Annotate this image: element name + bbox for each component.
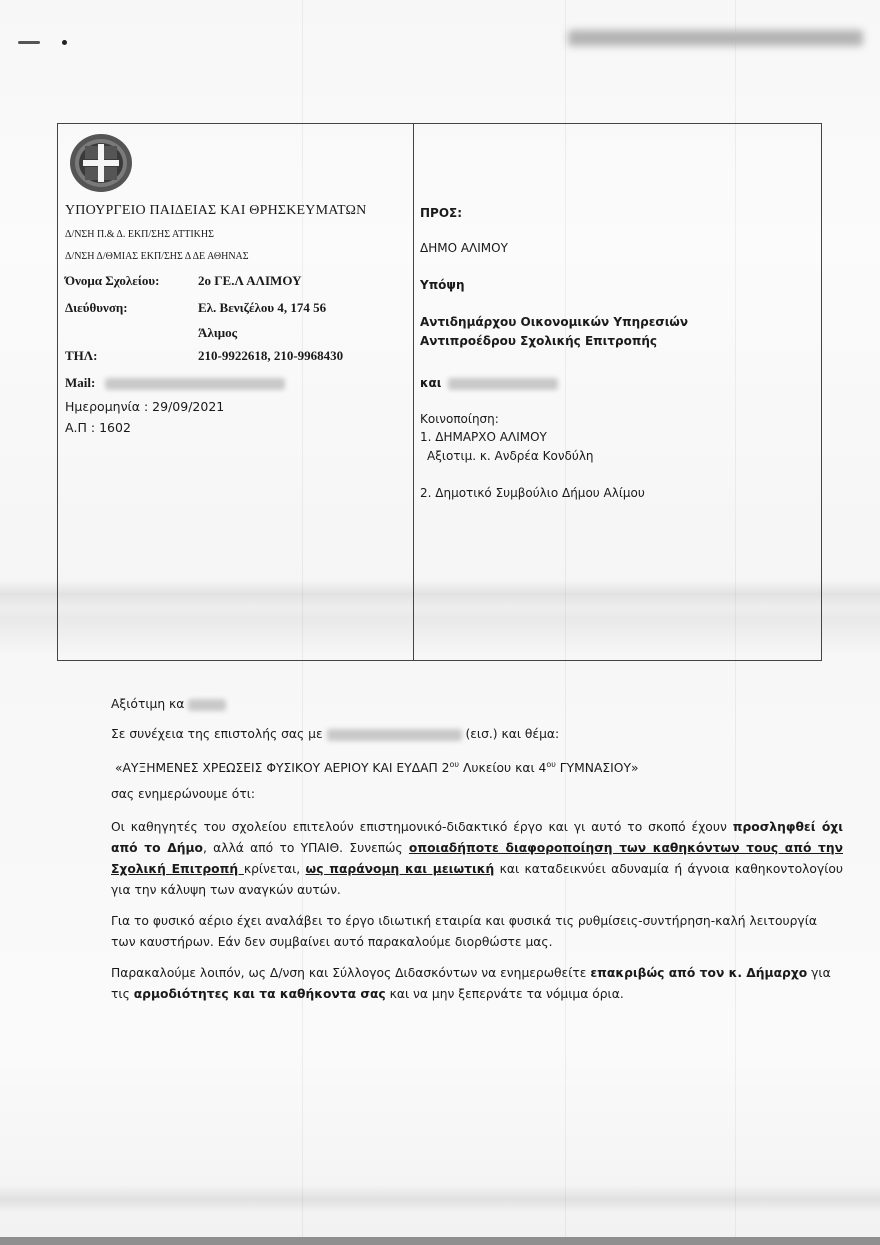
inform-line: σας ενημερώνουμε ότι:	[111, 784, 843, 817]
letterhead-box: ΥΠΟΥΡΓΕΙΟ ΠΑΙΔΕΙΑΣ ΚΑΙ ΘΡΗΣΚΕΥΜΑΤΩΝ Δ/ΝΣ…	[57, 123, 822, 661]
paragraph-2: Για το φυσικό αέριο έχει αναλάβει το έργ…	[111, 911, 843, 953]
directorate-2: Δ/ΝΣΗ Δ/ΘΜΙΑΣ ΕΚΠ/ΣΗΣ Δ ΔΕ ΑΘΗΝΑΣ	[65, 251, 249, 262]
salutation-text: Αξιότιμη κα	[111, 697, 184, 711]
directorate-1: Δ/ΝΣΗ Π.& Δ. ΕΚΠ/ΣΗΣ ΑΤΤΙΚΗΣ	[65, 229, 214, 240]
p3-text: Παρακαλούμε λοιπόν, ως Δ/νση και Σύλλογο…	[111, 966, 590, 980]
subject-sup: ου	[450, 760, 460, 769]
protocol-line: Α.Π : 1602	[65, 420, 131, 435]
paper-fold	[0, 1185, 880, 1213]
and-line: και	[420, 376, 558, 390]
redacted-reference	[327, 729, 462, 741]
address-line2: Άλιμος	[198, 325, 237, 341]
scanner-edge	[0, 1237, 880, 1245]
p1-text: Οι καθηγητές του σχολείου επιτελούν επισ…	[111, 820, 733, 834]
cc-item-1: 1. ΔΗΜΑΡΧΟ ΑΛΙΜΟΥ	[420, 430, 547, 444]
letter-body: Αξιότιμη κα Σε συνέχεια της επιστολής σα…	[111, 694, 843, 1005]
phone-value: 210-9922618, 210-9968430	[198, 348, 343, 364]
subject-line: «ΑΥΞΗΜΕΝΕΣ ΧΡΕΩΣΕΙΣ ΦΥΣΙΚΟΥ ΑΕΡΙΟΥ ΚΑΙ Ε…	[111, 754, 843, 784]
and-label: και	[420, 376, 441, 390]
cc-item-1-sub: Αξιοτιμ. κ. Ανδρέα Κονδύλη	[427, 449, 594, 463]
p1-text: κρίνεται,	[244, 862, 306, 876]
redacted-email	[105, 378, 285, 390]
p1-underlined: ως παράνομη και μειωτική	[306, 862, 495, 876]
cc-item-2: 2. Δημοτικό Συμβούλιο Δήμου Αλίμου	[420, 486, 645, 500]
school-label: Όνομα Σχολείου:	[65, 273, 159, 289]
greek-emblem-icon	[68, 132, 134, 194]
attention-line2: Αντιπροέδρου Σχολικής Επιτροπής	[420, 334, 657, 348]
attention-line1: Αντιδημάρχου Οικονομικών Υπηρεσιών	[420, 315, 688, 329]
subject-part: Λυκείου και 4	[459, 761, 546, 775]
intro-line: Σε συνέχεια της επιστολής σας με (εισ.) …	[111, 724, 843, 754]
intro-prefix: Σε συνέχεια της επιστολής σας με	[111, 727, 323, 741]
column-divider	[413, 124, 414, 660]
subject-part: «ΑΥΞΗΜΕΝΕΣ ΧΡΕΩΣΕΙΣ ΦΥΣΙΚΟΥ ΑΕΡΙΟΥ ΚΑΙ Ε…	[115, 761, 450, 775]
mail-label-text: Mail:	[65, 375, 95, 390]
p3-text: και να μην ξεπερνάτε τα νόμιμα όρια.	[386, 987, 624, 1001]
subject-part: ΓΥΜΝΑΣΙΟΥ»	[556, 761, 639, 775]
p3-bold: επακριβώς από τον κ. Δήμαρχο	[590, 966, 807, 980]
date-line: Ημερομηνία : 29/09/2021	[65, 399, 224, 414]
mail-label: Mail:	[65, 375, 285, 391]
to-value: ΔΗΜΟ ΑΛΙΜΟΥ	[420, 241, 508, 255]
redacted-name	[448, 378, 558, 390]
scanned-page: ΥΠΟΥΡΓΕΙΟ ΠΑΙΔΕΙΑΣ ΚΑΙ ΘΡΗΣΚΕΥΜΑΤΩΝ Δ/ΝΣ…	[0, 0, 880, 1237]
ministry-name: ΥΠΟΥΡΓΕΙΟ ΠΑΙΔΕΙΑΣ ΚΑΙ ΘΡΗΣΚΕΥΜΑΤΩΝ	[65, 203, 366, 219]
p3-bold: αρμοδιότητες και τα καθήκοντα σας	[134, 987, 386, 1001]
cc-label: Κοινοποίηση:	[420, 412, 499, 426]
school-value: 2ο ΓΕ.Λ ΑΛΙΜΟΥ	[198, 273, 302, 289]
paragraph-3: Παρακαλούμε λοιπόν, ως Δ/νση και Σύλλογο…	[111, 963, 843, 1005]
redacted-protocol-number	[568, 30, 863, 46]
paragraph-1: Οι καθηγητές του σχολείου επιτελούν επισ…	[111, 817, 843, 901]
phone-label: ΤΗΛ:	[65, 348, 97, 364]
attention-label: Υπόψη	[420, 278, 465, 292]
salutation: Αξιότιμη κα	[111, 694, 843, 724]
intro-suffix: (εισ.) και θέμα:	[465, 727, 559, 741]
address-line1: Ελ. Βενιζέλου 4, 174 56	[198, 300, 326, 316]
subject-sup: ου	[546, 760, 556, 769]
address-label: Διεύθυνση:	[65, 300, 128, 316]
to-label: ΠΡΟΣ:	[420, 206, 462, 220]
redacted-name	[188, 699, 226, 711]
scan-mark	[18, 40, 70, 44]
p1-text: , αλλά από το ΥΠΑΙΘ. Συνεπώς	[203, 841, 409, 855]
